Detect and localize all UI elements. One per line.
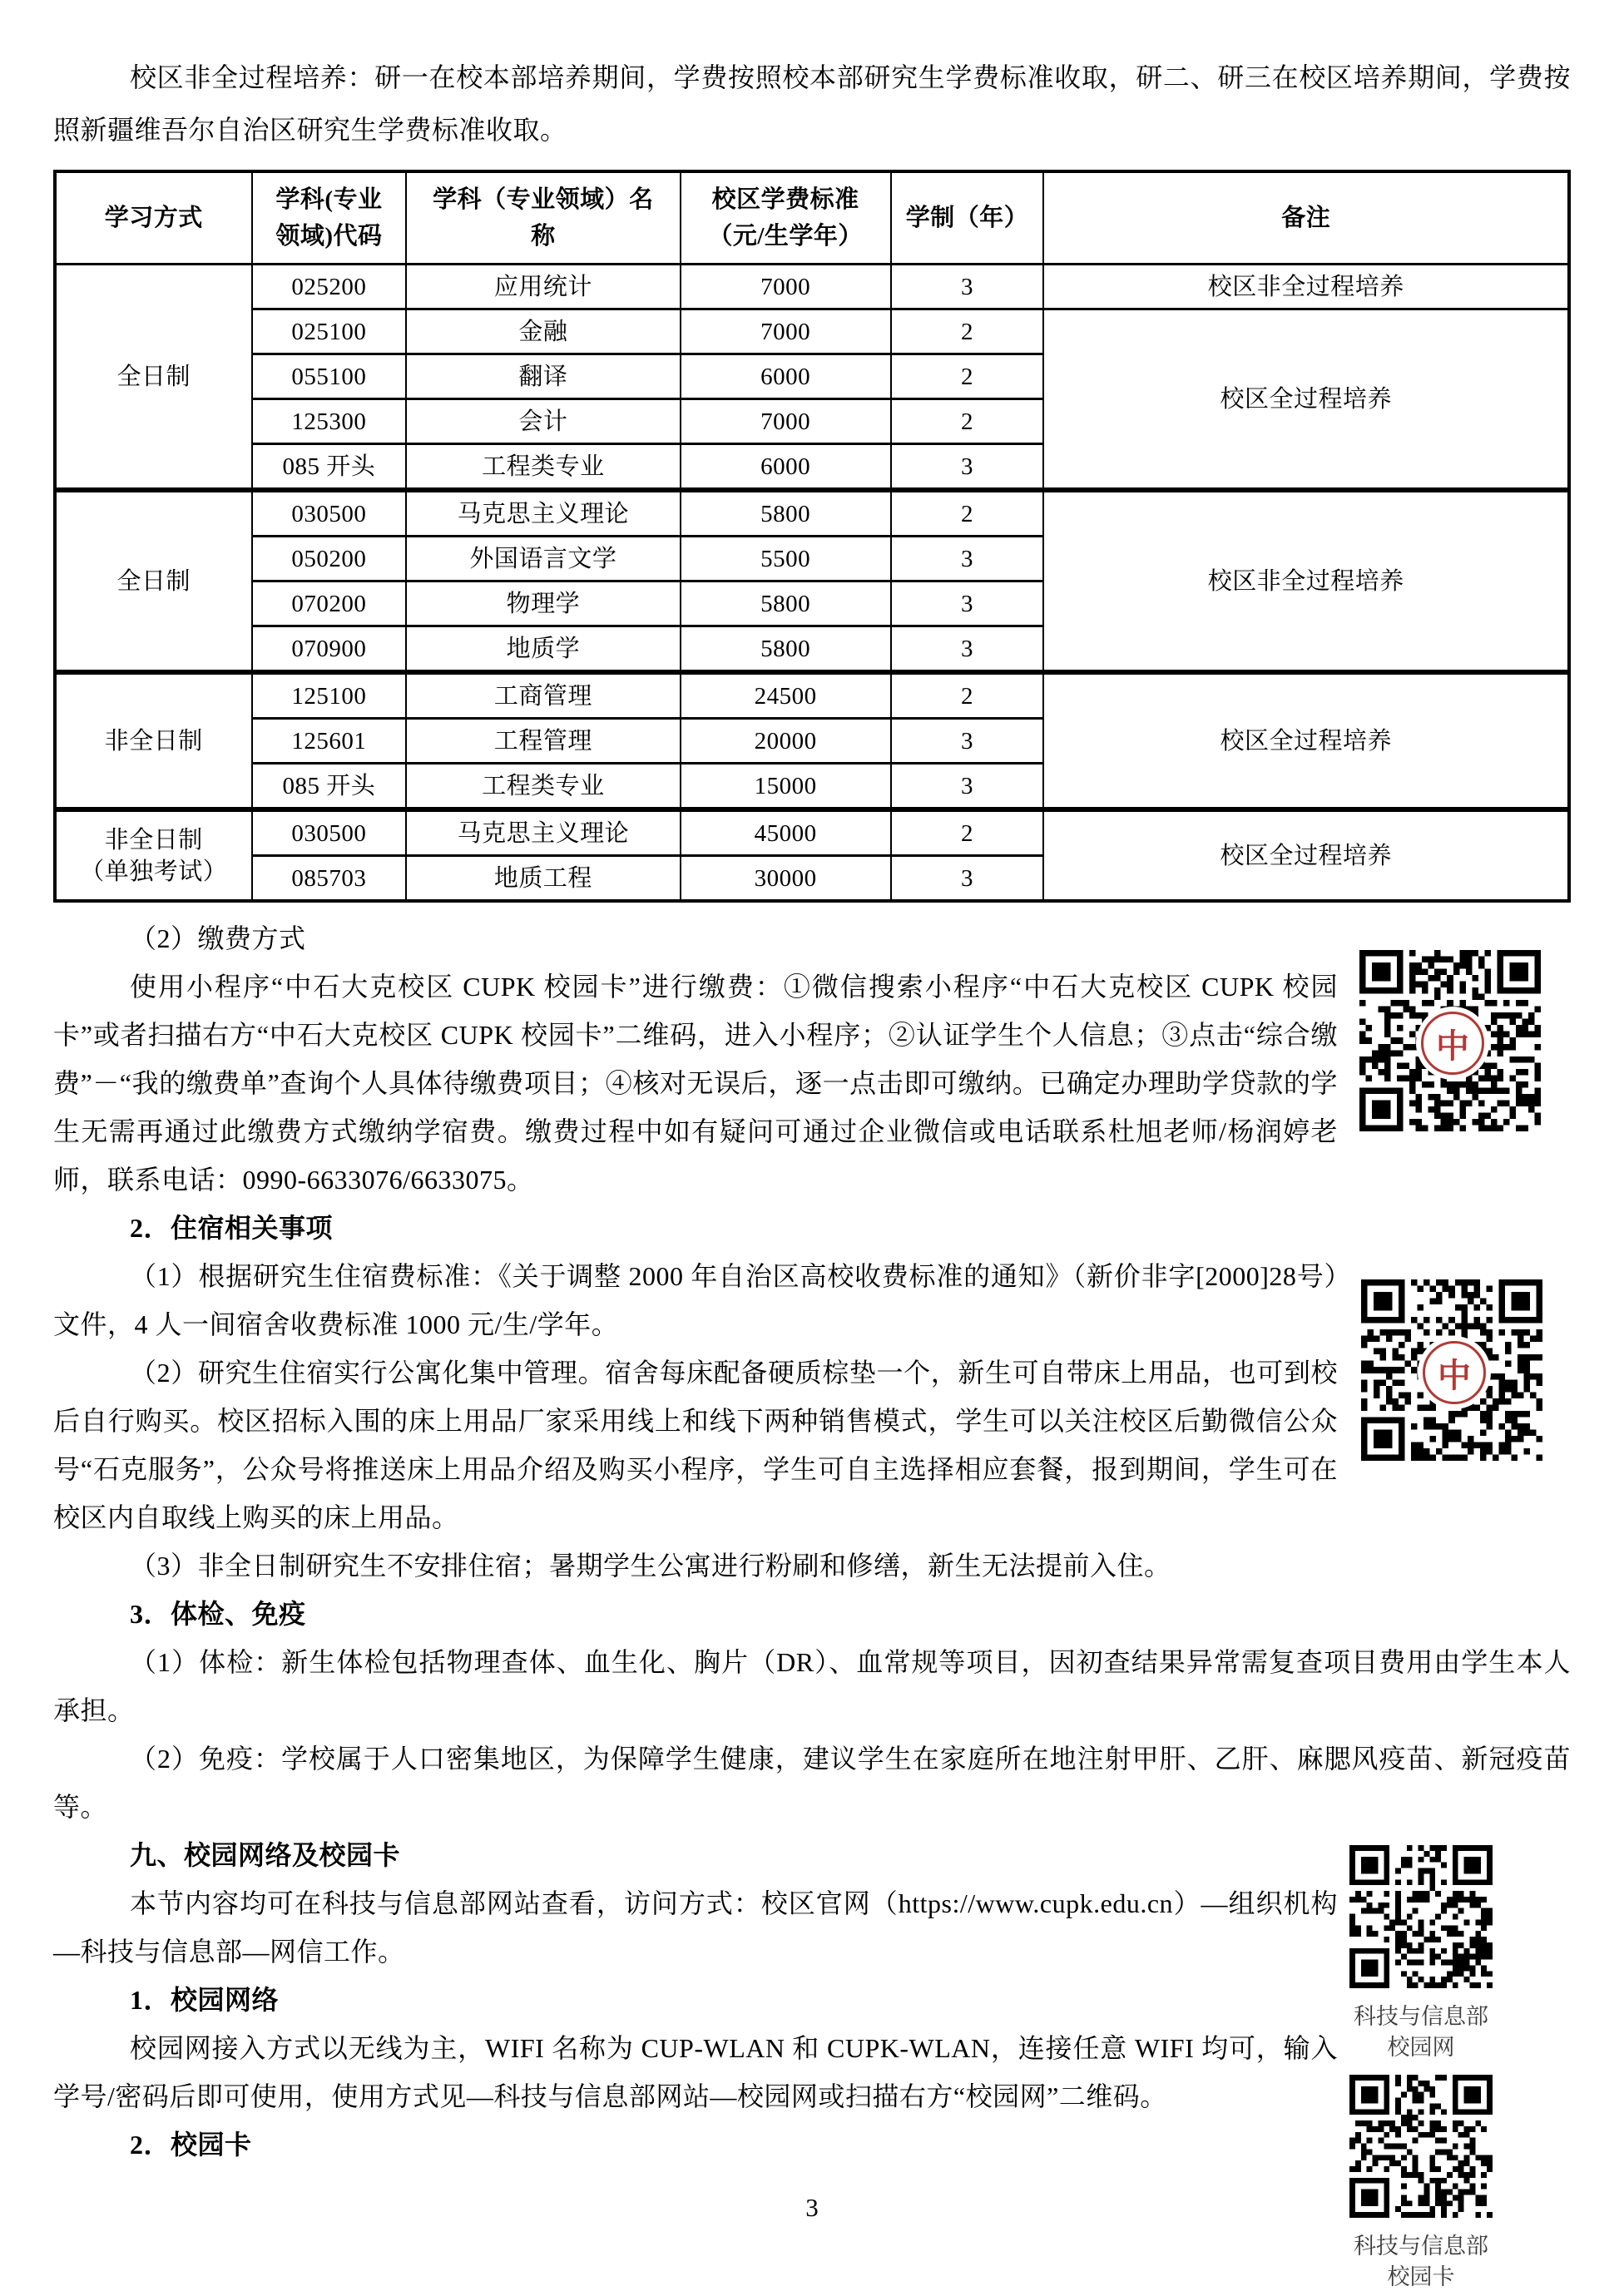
- accommodation-item-2: （2）研究生住宿实行公寓化集中管理。宿舍每床配备硬质棕垫一个，新生可自带床上用品…: [53, 1348, 1571, 1541]
- qr-caption: 科技与信息部 校园网: [1349, 2002, 1493, 2063]
- accommodation-item-1: （1）根据研究生住宿费标准：《关于调整 2000 年自治区高校收费标准的通知》（…: [53, 1252, 1571, 1348]
- cell-fee: 7000: [681, 399, 891, 444]
- campus-card-qr-code: 科技与信息部 校园卡: [1349, 2075, 1493, 2293]
- cell-years: 3: [891, 581, 1044, 626]
- table-row: 非全日制125100工商管理245002校区全过程培养: [55, 672, 1569, 719]
- table-row: 非全日制 （单独考试）030500马克思主义理论450002校区全过程培养: [55, 809, 1569, 856]
- document-page: 校区非全过程培养：研一在校本部培养期间，学费按照校本部研究生学费标准收取，研二、…: [0, 0, 1624, 2296]
- cell-code: 085 开头: [252, 444, 407, 491]
- body-sections: （2）缴费方式 使用小程序“中石大克校区 CUPK 校园卡”进行缴费：①微信搜索…: [53, 914, 1571, 2169]
- cell-fee: 6000: [681, 354, 891, 399]
- cell-study-mode: 全日制: [55, 265, 252, 491]
- cell-fee: 45000: [681, 809, 891, 856]
- cell-years: 3: [891, 856, 1044, 902]
- cell-remark: 校区非全过程培养: [1043, 265, 1569, 309]
- column-header: 备注: [1043, 171, 1569, 265]
- dorm-service-qr-code: 中: [1361, 1279, 1542, 1461]
- cell-remark: 校区全过程培养: [1043, 672, 1569, 809]
- cell-program-name: 金融: [406, 309, 680, 354]
- column-header: 学科（专业领域）名 称: [406, 171, 680, 265]
- cell-study-mode: 非全日制 （单独考试）: [55, 809, 252, 901]
- accommodation-heading: 2．住宿相关事项: [53, 1204, 1571, 1252]
- cell-remark: 校区非全过程培养: [1043, 490, 1569, 672]
- cell-program-name: 马克思主义理论: [406, 490, 680, 537]
- cell-program-name: 工程类专业: [406, 764, 680, 810]
- qr-caption: 科技与信息部 校园卡: [1349, 2231, 1493, 2293]
- cell-fee: 15000: [681, 764, 891, 810]
- cell-code: 125300: [252, 399, 407, 444]
- column-header: 学习方式: [55, 171, 252, 265]
- cell-code: 030500: [252, 490, 407, 537]
- qr-image: 中: [1361, 1279, 1542, 1461]
- cell-study-mode: 非全日制: [55, 672, 252, 809]
- cell-code: 070900: [252, 626, 407, 673]
- cell-code: 025100: [252, 309, 407, 354]
- cell-code: 085703: [252, 856, 407, 902]
- cell-program-name: 外国语言文学: [406, 537, 680, 581]
- cell-years: 2: [891, 809, 1044, 856]
- cell-fee: 30000: [681, 856, 891, 902]
- network-section-heading: 九、校园网络及校园卡: [53, 1831, 1571, 1879]
- cell-fee: 24500: [681, 672, 891, 719]
- cell-years: 2: [891, 354, 1044, 399]
- cell-code: 030500: [252, 809, 407, 856]
- cell-years: 3: [891, 265, 1044, 309]
- cell-fee: 5500: [681, 537, 891, 581]
- cell-code: 125601: [252, 719, 407, 764]
- cell-remark: 校区全过程培养: [1043, 809, 1569, 901]
- university-logo-icon: 中: [1421, 1012, 1484, 1075]
- cell-years: 2: [891, 672, 1044, 719]
- cell-program-name: 地质工程: [406, 856, 680, 902]
- payment-campus-card-qr-code: 中: [1359, 950, 1541, 1131]
- qr-image: [1349, 1845, 1493, 1988]
- column-header: 学制（年）: [891, 171, 1044, 265]
- cell-years: 3: [891, 764, 1044, 810]
- cell-years: 3: [891, 626, 1044, 673]
- campus-network-paragraph: 校园网接入方式以无线为主，WIFI 名称为 CUP-WLAN 和 CUPK-WL…: [53, 2024, 1571, 2120]
- cell-code: 085 开头: [252, 764, 407, 810]
- cell-program-name: 工程类专业: [406, 444, 680, 491]
- cell-code: 125100: [252, 672, 407, 719]
- cell-code: 050200: [252, 537, 407, 581]
- column-header: 学科(专业 领域)代码: [252, 171, 407, 265]
- table-row: 全日制025200应用统计70003校区非全过程培养: [55, 265, 1569, 309]
- network-intro-paragraph: 本节内容均可在科技与信息部网站查看，访问方式：校区官网（https://www.…: [53, 1879, 1571, 1976]
- health-heading: 3．体检、免疫: [53, 1590, 1571, 1638]
- cell-program-name: 应用统计: [406, 265, 680, 309]
- qr-image: 中: [1359, 950, 1541, 1131]
- table-row: 全日制030500马克思主义理论58002校区非全过程培养: [55, 490, 1569, 537]
- cell-study-mode: 全日制: [55, 490, 252, 672]
- cell-code: 055100: [252, 354, 407, 399]
- cell-years: 3: [891, 537, 1044, 581]
- column-header: 校区学费标准 （元/生学年）: [681, 171, 891, 265]
- payment-paragraph: 使用小程序“中石大克校区 CUPK 校园卡”进行缴费：①微信搜索小程序“中石大克…: [53, 962, 1571, 1204]
- university-logo-icon: 中: [1423, 1341, 1486, 1404]
- health-item-1: （1）体检：新生体检包括物理查体、血生化、胸片（DR）、血常规等项目，因初查结果…: [53, 1638, 1571, 1734]
- campus-card-heading: 2．校园卡: [53, 2120, 1571, 2169]
- cell-fee: 6000: [681, 444, 891, 491]
- cell-years: 2: [891, 309, 1044, 354]
- cell-program-name: 地质学: [406, 626, 680, 673]
- cell-fee: 7000: [681, 265, 891, 309]
- table-row: 025100金融70002校区全过程培养: [55, 309, 1569, 354]
- cell-program-name: 马克思主义理论: [406, 809, 680, 856]
- cell-program-name: 翻译: [406, 354, 680, 399]
- cell-fee: 20000: [681, 719, 891, 764]
- cell-program-name: 物理学: [406, 581, 680, 626]
- health-item-2: （2）免疫：学校属于人口密集地区，为保障学生健康，建议学生在家庭所在地注射甲肝、…: [53, 1734, 1571, 1831]
- cell-years: 2: [891, 490, 1044, 537]
- cell-years: 3: [891, 444, 1044, 491]
- campus-network-qr-code: 科技与信息部 校园网: [1349, 1845, 1493, 2063]
- table-header-row: 学习方式学科(专业 领域)代码学科（专业领域）名 称校区学费标准 （元/生学年）…: [55, 171, 1569, 265]
- cell-program-name: 工商管理: [406, 672, 680, 719]
- payment-heading: （2）缴费方式: [53, 914, 1571, 962]
- cell-fee: 5800: [681, 581, 891, 626]
- cell-code: 070200: [252, 581, 407, 626]
- cell-remark: 校区全过程培养: [1043, 309, 1569, 491]
- cell-program-name: 会计: [406, 399, 680, 444]
- cell-years: 2: [891, 399, 1044, 444]
- campus-network-heading: 1．校园网络: [53, 1976, 1571, 2024]
- cell-fee: 5800: [681, 490, 891, 537]
- cell-fee: 7000: [681, 309, 891, 354]
- intro-paragraph: 校区非全过程培养：研一在校本部培养期间，学费按照校本部研究生学费标准收取，研二、…: [53, 52, 1571, 156]
- cell-fee: 5800: [681, 626, 891, 673]
- page-number: 3: [0, 2193, 1624, 2223]
- accommodation-item-3: （3）非全日制研究生不安排住宿；暑期学生公寓进行粉刷和修缮，新生无法提前入住。: [53, 1541, 1571, 1590]
- cell-code: 025200: [252, 265, 407, 309]
- tuition-fee-table: 学习方式学科(专业 领域)代码学科（专业领域）名 称校区学费标准 （元/生学年）…: [53, 170, 1571, 903]
- cell-years: 3: [891, 719, 1044, 764]
- cell-program-name: 工程管理: [406, 719, 680, 764]
